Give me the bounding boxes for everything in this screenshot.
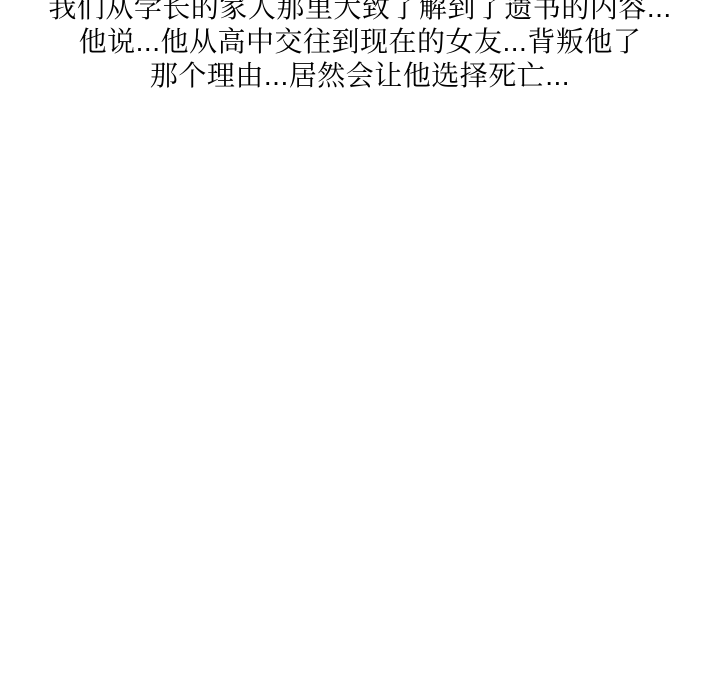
caption-line-1: 我们从学长的家人那里大致了解到了遗书的内容... — [0, 0, 720, 25]
narration-caption: 我们从学长的家人那里大致了解到了遗书的内容... 他说...他从高中交往到现在的… — [0, 0, 720, 93]
caption-line-2: 他说...他从高中交往到现在的女友...背叛他了 — [0, 25, 720, 59]
comic-page: 我们从学长的家人那里大致了解到了遗书的内容... 他说...他从高中交往到现在的… — [0, 0, 720, 700]
caption-line-3: 那个理由...居然会让他选择死亡... — [0, 59, 720, 93]
